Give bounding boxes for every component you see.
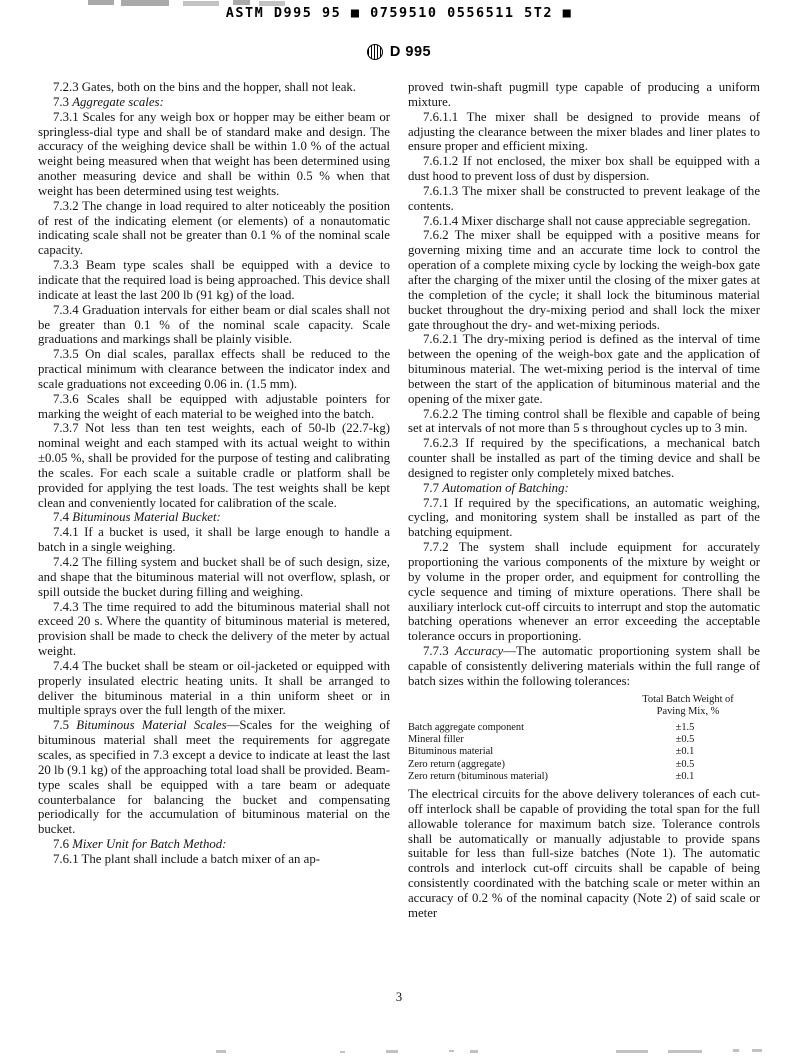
table-row-label: Zero return (aggregate) <box>408 759 610 771</box>
table-row-label: Batch aggregate component <box>408 722 610 734</box>
text-run: 7.6.2.3 If required by the specification… <box>408 436 760 480</box>
paragraph: 7.6 Mixer Unit for Batch Method: <box>38 837 390 852</box>
scan-artifact <box>752 1049 762 1052</box>
tolerances-table-header: Total Batch Weight ofPaving Mix, % <box>613 694 763 718</box>
paragraph: 7.2.3 Gates, both on the bins and the ho… <box>38 80 390 95</box>
tolerances-table-header-line: Total Batch Weight of <box>613 694 763 706</box>
text-run: Mixer Unit for Batch Method: <box>72 837 226 851</box>
text-run: 7.4.4 The bucket shall be steam or oil-j… <box>38 659 390 718</box>
text-run: 7.4.3 The time required to add the bitum… <box>38 600 390 659</box>
paragraph: 7.4.4 The bucket shall be steam or oil-j… <box>38 659 390 718</box>
scan-artifact <box>449 1050 454 1052</box>
paragraph: 7.6.1 The plant shall include a batch mi… <box>38 852 390 867</box>
paragraph: 7.6.2.2 The timing control shall be flex… <box>408 407 760 437</box>
paragraph: 7.6.1.3 The mixer shall be constructed t… <box>408 184 760 214</box>
text-run: 7.3.4 Graduation intervals for either be… <box>38 303 390 347</box>
scan-artifact <box>340 1051 345 1053</box>
paragraph: 7.6.1.2 If not enclosed, the mixer box s… <box>408 154 760 184</box>
text-run: 7.7.3 <box>423 644 455 658</box>
paragraph: 7.6.1.4 Mixer discharge shall not cause … <box>408 214 760 229</box>
paragraph: 7.3.4 Graduation intervals for either be… <box>38 303 390 348</box>
paragraph: 7.6.2.1 The dry-mixing period is defined… <box>408 332 760 406</box>
text-run: 7.3.7 Not less than ten test weights, ea… <box>38 421 390 509</box>
text-run: Automation of Batching: <box>442 481 569 495</box>
tolerances-table: Total Batch Weight ofPaving Mix, %Batch … <box>408 694 760 783</box>
document-page: ASTM D995 95 ■ 0759510 0556511 5T2 ■ D 9… <box>0 0 798 1059</box>
text-run: 7.4 <box>53 510 72 524</box>
text-run: 7.3 <box>53 95 72 109</box>
table-row: Bituminous material±0.1 <box>408 746 760 758</box>
text-run: 7.5 <box>53 718 76 732</box>
table-row-label: Zero return (bituminous material) <box>408 771 610 783</box>
text-run: 7.7.1 If required by the specifications,… <box>408 496 760 540</box>
table-row-value: ±0.5 <box>610 759 760 771</box>
table-row-label: Mineral filler <box>408 734 610 746</box>
text-run: 7.3.5 On dial scales, parallax effects s… <box>38 347 390 391</box>
paragraph: 7.3.3 Beam type scales shall be equipped… <box>38 258 390 303</box>
text-run: Aggregate scales: <box>72 95 164 109</box>
table-row: Zero return (aggregate)±0.5 <box>408 759 760 771</box>
document-header: D 995 <box>0 44 798 60</box>
paragraph: 7.3.6 Scales shall be equipped with adju… <box>38 392 390 422</box>
table-row: Mineral filler±0.5 <box>408 734 760 746</box>
paragraph: 7.7.2 The system shall include equipment… <box>408 540 760 644</box>
scan-artifact <box>616 1050 648 1053</box>
paragraph: 7.7.1 If required by the specifications,… <box>408 496 760 541</box>
table-row: Zero return (bituminous material)±0.1 <box>408 771 760 783</box>
paragraph: The electrical circuits for the above de… <box>408 787 760 921</box>
text-run: 7.3.6 Scales shall be equipped with adju… <box>38 392 390 421</box>
text-run: 7.2.3 Gates, both on the bins and the ho… <box>53 80 356 94</box>
paragraph: 7.4.3 The time required to add the bitum… <box>38 600 390 659</box>
page-number: 3 <box>0 990 798 1005</box>
paragraph: 7.7 Automation of Batching: <box>408 481 760 496</box>
text-run: 7.4.2 The filling system and bucket shal… <box>38 555 390 599</box>
text-run: 7.6.1.3 The mixer shall be constructed t… <box>408 184 760 213</box>
scan-artifact <box>470 1050 478 1053</box>
paragraph: proved twin-shaft pugmill type capable o… <box>408 80 760 110</box>
scan-artifact <box>668 1050 702 1053</box>
text-run: 7.6.1.1 The mixer shall be designed to p… <box>408 110 760 154</box>
table-row-value: ±0.1 <box>610 746 760 758</box>
text-run: proved twin-shaft pugmill type capable o… <box>408 80 760 109</box>
paragraph: 7.7.3 Accuracy—The automatic proportioni… <box>408 644 760 689</box>
paragraph: 7.3.5 On dial scales, parallax effects s… <box>38 347 390 392</box>
right-column: proved twin-shaft pugmill type capable o… <box>408 80 760 921</box>
paragraph: 7.3.7 Not less than ten test weights, ea… <box>38 421 390 510</box>
text-run: 7.6.1.2 If not enclosed, the mixer box s… <box>408 154 760 183</box>
paragraph: 7.5 Bituminous Material Scales—Scales fo… <box>38 718 390 837</box>
scan-header-line: ASTM D995 95 ■ 0759510 0556511 5T2 ■ <box>0 5 798 21</box>
document-designation: D 995 <box>390 44 431 60</box>
text-run: Accuracy <box>455 644 503 658</box>
table-row-value: ±1.5 <box>610 722 760 734</box>
paragraph: 7.6.2 The mixer shall be equipped with a… <box>408 228 760 332</box>
paragraph: 7.3.2 The change in load required to alt… <box>38 199 390 258</box>
text-run: 7.4.1 If a bucket is used, it shall be l… <box>38 525 390 554</box>
text-columns: 7.2.3 Gates, both on the bins and the ho… <box>38 80 760 921</box>
left-column: 7.2.3 Gates, both on the bins and the ho… <box>38 80 390 921</box>
paragraph: 7.4.2 The filling system and bucket shal… <box>38 555 390 600</box>
table-row-value: ±0.5 <box>610 734 760 746</box>
table-row-label: Bituminous material <box>408 746 610 758</box>
paragraph: 7.6.2.3 If required by the specification… <box>408 436 760 481</box>
text-run: Bituminous Material Scales <box>76 718 226 732</box>
text-run: 7.3.2 The change in load required to alt… <box>38 199 390 258</box>
text-run: 7.6.1.4 Mixer discharge shall not cause … <box>423 214 751 228</box>
text-run: 7.6 <box>53 837 72 851</box>
text-run: —Scales for the weighing of bituminous m… <box>38 718 390 836</box>
text-run: 7.6.2.2 The timing control shall be flex… <box>408 407 760 436</box>
text-run: 7.6.1 The plant shall include a batch mi… <box>53 852 320 866</box>
paragraph: 7.4.1 If a bucket is used, it shall be l… <box>38 525 390 555</box>
text-run: The electrical circuits for the above de… <box>408 787 760 920</box>
paragraph: 7.4 Bituminous Material Bucket: <box>38 510 390 525</box>
text-run: Bituminous Material Bucket: <box>72 510 221 524</box>
scan-artifact <box>216 1050 226 1053</box>
tolerances-table-header-line: Paving Mix, % <box>613 706 763 718</box>
text-run: 7.7.2 The system shall include equipment… <box>408 540 760 643</box>
text-run: 7.3.3 Beam type scales shall be equipped… <box>38 258 390 302</box>
paragraph: 7.3.1 Scales for any weigh box or hopper… <box>38 110 390 199</box>
table-row: Batch aggregate component±1.5 <box>408 722 760 734</box>
text-run: 7.7 <box>423 481 442 495</box>
text-run: 7.6.2.1 The dry-mixing period is defined… <box>408 332 760 405</box>
table-row-value: ±0.1 <box>610 771 760 783</box>
scan-artifact <box>386 1050 398 1053</box>
text-run: 7.3.1 Scales for any weigh box or hopper… <box>38 110 390 198</box>
text-run: 7.6.2 The mixer shall be equipped with a… <box>408 228 760 331</box>
paragraph: 7.6.1.1 The mixer shall be designed to p… <box>408 110 760 155</box>
astm-logo-icon <box>367 44 383 60</box>
paragraph: 7.3 Aggregate scales: <box>38 95 390 110</box>
scan-artifact <box>733 1049 739 1052</box>
